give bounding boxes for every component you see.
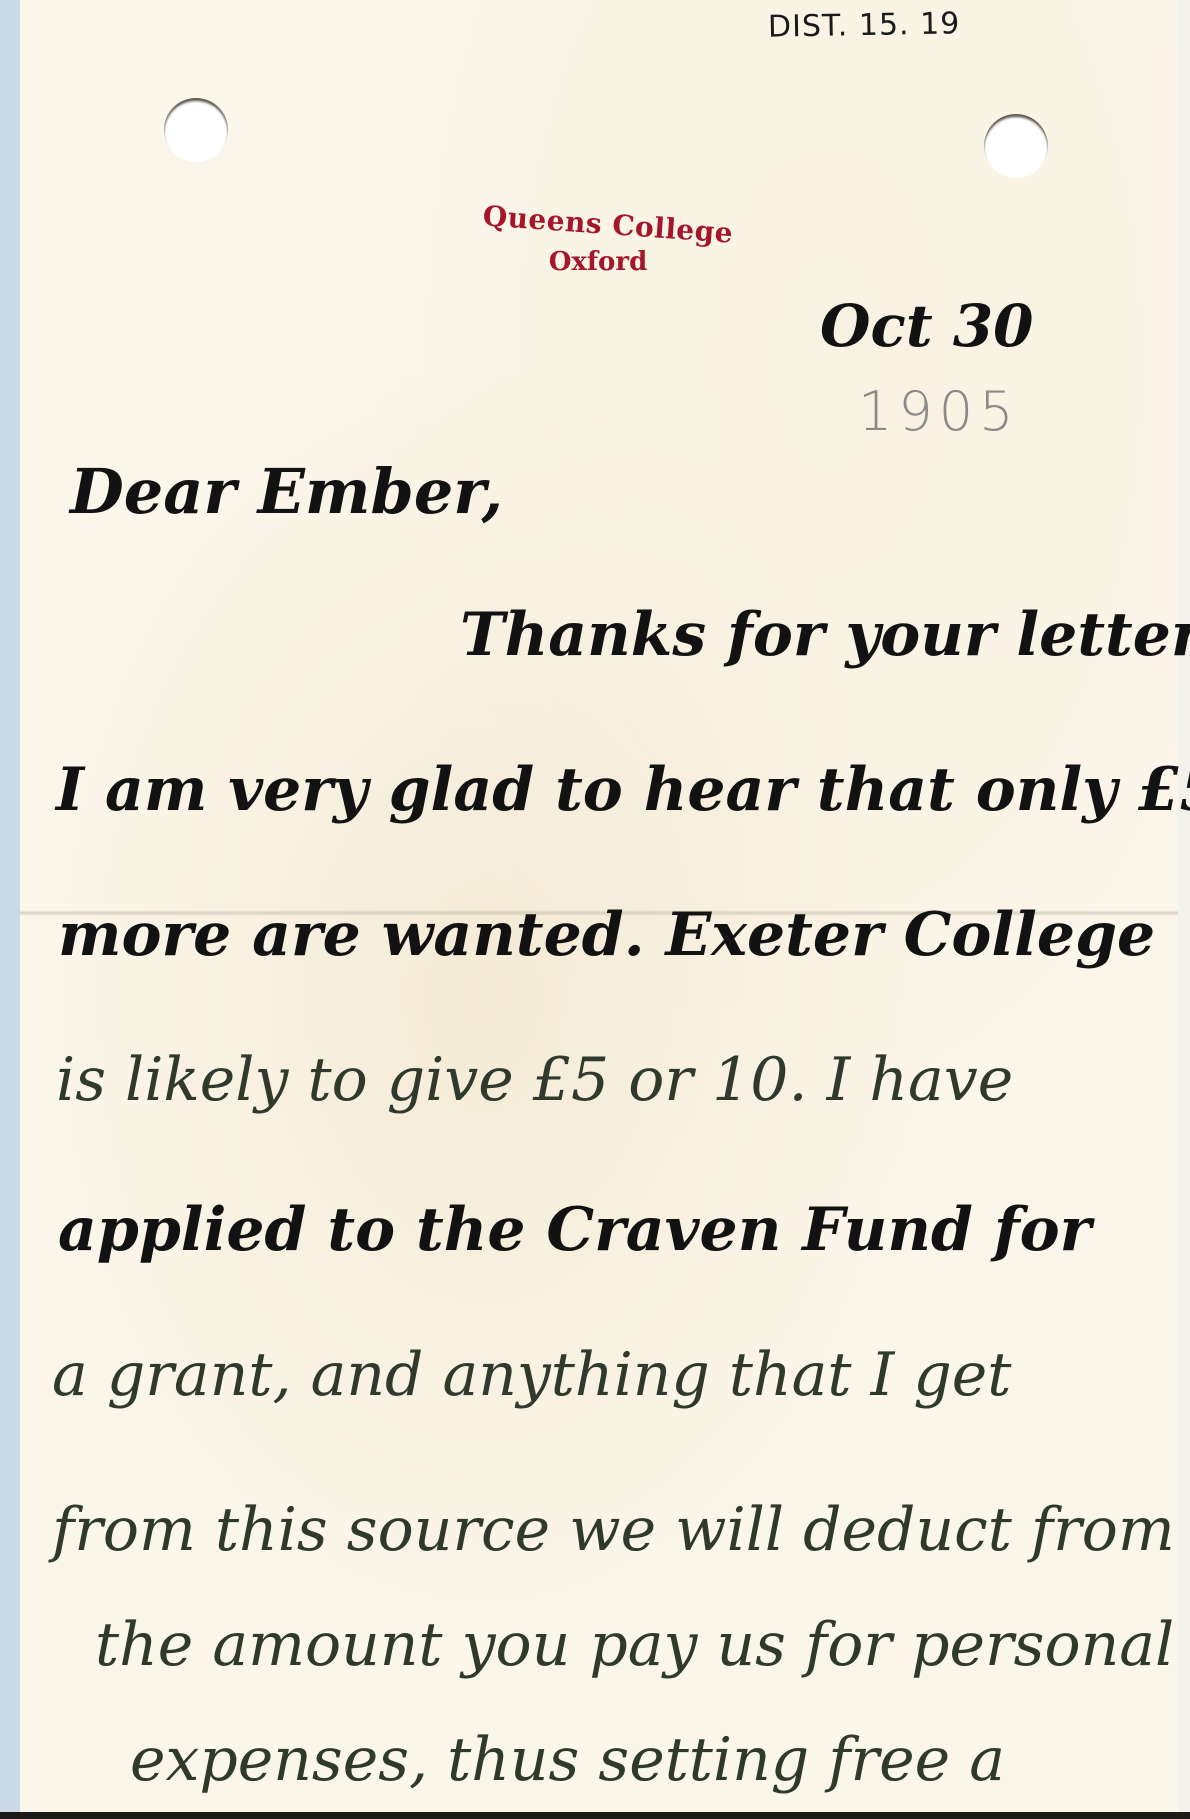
scan-background-right (1178, 0, 1190, 1812)
body-line-8: the amount you pay us for personal (95, 1610, 1174, 1680)
salutation: Dear Ember, (70, 455, 503, 528)
body-line-7: from this source we will deduct from (52, 1495, 1175, 1565)
body-line-6: a grant, and anything that I get (52, 1340, 1011, 1410)
letterhead-city: Oxford (438, 247, 758, 277)
scan-bottom-edge (0, 1812, 1190, 1819)
body-line-2: I am very glad to hear that only £55 (56, 755, 1190, 825)
letter-year-annotation: 1905 (858, 380, 1019, 443)
letter-date: Oct 30 (820, 292, 1034, 360)
body-line-5: applied to the Craven Fund for (58, 1195, 1091, 1265)
body-line-4: is likely to give £5 or 10. I have (56, 1045, 1013, 1115)
letterhead: Queens College Oxford (458, 208, 758, 277)
punch-hole-right (984, 114, 1048, 178)
body-line-9: expenses, thus setting free a (130, 1725, 1005, 1795)
punch-hole-left (164, 98, 228, 162)
archive-reference: DIST. 15. 19 (768, 6, 961, 44)
body-line-3: more are wanted. Exeter College (58, 900, 1155, 970)
scan-background-left (0, 0, 20, 1819)
body-line-1: Thanks for your letter. (460, 600, 1190, 670)
